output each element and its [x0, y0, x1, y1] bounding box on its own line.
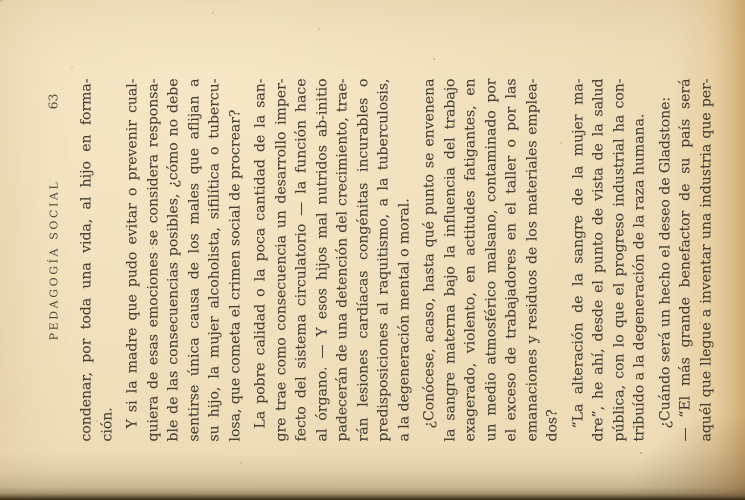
text-line: aquél que llegue a inventar una industri…: [696, 78, 717, 441]
text-line: al órgano. — Y esos hijos mal nutridos a…: [312, 78, 333, 441]
page-edge-bottom: [0, 452, 745, 500]
paragraph: condenar, por toda una vida, al hijo en …: [76, 78, 117, 441]
text-line: el exceso de trabajadores en el taller o…: [501, 78, 522, 441]
text-line: condenar, por toda una vida, al hijo en …: [76, 78, 97, 441]
paragraph: “La alteración de la sangre de la mujer …: [568, 78, 650, 441]
paragraph: ¿Conócese, acaso, hasta qué punto se env…: [419, 78, 563, 441]
text-line: ción.: [97, 78, 118, 441]
running-head: PEDAGOGÍA SOCIAL 63: [47, 78, 63, 441]
text-line: ble de las consecuencias posibles, ¿cómo…: [163, 78, 184, 441]
text-line: La pobre calidad o la poca cantidad de l…: [250, 78, 271, 441]
text-line: padecerán de una detención del crecimien…: [332, 78, 353, 441]
text-line: un medio atmosférico malsano, contaminad…: [481, 78, 502, 441]
text-line: Y si la madre que pudo evitar o prevenir…: [122, 78, 143, 441]
scanned-book-page: PEDAGOGÍA SOCIAL 63 condenar, por toda u…: [0, 0, 745, 500]
text-line: dre”, he ahí, desde el punto de vista de…: [588, 78, 609, 441]
text-line: — “El más grande benefactor de su país s…: [675, 78, 696, 441]
text-line: gre trae como consecuencia un desarrollo…: [271, 78, 292, 441]
body-text: condenar, por toda una vida, al hijo en …: [76, 78, 716, 441]
text-line: rán lesiones cardíacas congénitas incura…: [353, 78, 374, 441]
text-line: exagerado, violento, en actitudes fatiga…: [460, 78, 481, 441]
text-line: quiera de esas emociones se considera re…: [143, 78, 164, 441]
text-line: tribuído a la degeneración de la raza hu…: [629, 78, 650, 441]
text-line: predisposiciones al raquitismo, a la tub…: [373, 78, 394, 441]
text-line: dos?: [542, 78, 563, 441]
page-number: 63: [45, 93, 60, 109]
page-title: PEDAGOGÍA SOCIAL: [47, 78, 60, 441]
text-line: ¿Conócese, acaso, hasta qué punto se env…: [419, 78, 440, 441]
text-line: la sangre materna bajo la influencia del…: [440, 78, 461, 441]
text-line: “La alteración de la sangre de la mujer …: [568, 78, 589, 441]
text-line: a la degeneración mental o moral.: [394, 78, 415, 441]
text-line: emanaciones y residuos de los materiales…: [522, 78, 543, 441]
paragraph: La pobre calidad o la poca cantidad de l…: [250, 78, 414, 441]
text-line: losa, que cometa el crimen social de pro…: [225, 78, 246, 441]
paragraph: Y si la madre que pudo evitar o prevenir…: [122, 78, 245, 441]
paragraph: ¿Cuándo será un hecho el deseo de Gladst…: [655, 78, 717, 441]
text-line: pública, con lo que el progreso industri…: [609, 78, 630, 441]
text-line: ¿Cuándo será un hecho el deseo de Gladst…: [655, 78, 676, 441]
text-line: fecto del sistema circulatorio — la func…: [291, 78, 312, 441]
text-line: su hijo, la mujer alcoholista, sifilític…: [204, 78, 225, 441]
text-line: sentirse única causa de los males que af…: [184, 78, 205, 441]
